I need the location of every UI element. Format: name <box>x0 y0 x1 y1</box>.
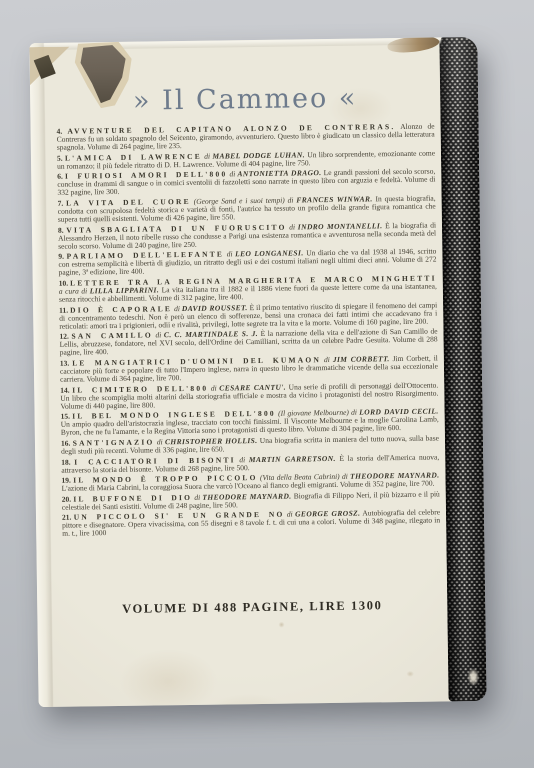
book: » Il Cammeo « 4. AVVENTURE DEL CAPITANO … <box>29 37 486 707</box>
list-item: 7. LA VITA DEL CUORE (George Sand e i su… <box>58 194 436 224</box>
spine-wear-damage <box>465 665 481 689</box>
list-item: 11. DIO È CAPORALE di DAVID ROUSSET. È i… <box>59 301 437 331</box>
list-item: 15. IL BEL MONDO INGLESE DELL'800 (Il gi… <box>61 408 439 438</box>
top-right-stain <box>387 37 440 54</box>
list-item: 6. I FURIOSI AMORI DELL'800 di ANTONIETT… <box>57 168 435 198</box>
list-item: 21. UN PICCOLO SI' E UN GRANDE NO di GEO… <box>62 509 440 539</box>
photo-backdrop: » Il Cammeo « 4. AVVENTURE DEL CAPITANO … <box>0 0 534 768</box>
list-item: 13. LE MANGIATRICI D'UOMINI DEL KUMAON d… <box>60 354 438 384</box>
list-item: 8. VITA SBAGLIATA DI UN FUORUSCITO di IN… <box>58 221 436 251</box>
book-list: 4. AVVENTURE DEL CAPITANO ALONZO DE CONT… <box>31 122 449 538</box>
list-item: 14. IL CIMITERO DELL'800 di CESARE CANTU… <box>60 381 438 411</box>
list-item: 9. PARLIAMO DELL'ELEFANTE di LEO LONGANE… <box>58 248 436 278</box>
list-item: 10. LETTERE TRA LA REGINA MARGHERITA E M… <box>59 274 437 304</box>
list-item: 4. AVVENTURE DEL CAPITANO ALONZO DE CONT… <box>57 123 435 153</box>
item-author: MARTIN GARRETSON. <box>249 453 336 463</box>
back-cover: » Il Cammeo « 4. AVVENTURE DEL CAPITANO … <box>29 37 450 707</box>
volume-price-line: VOLUME DI 488 PAGINE, LIRE 1300 <box>37 597 449 618</box>
list-item: 12. SAN CAMILLO di C. C. MARTINDALE S. J… <box>59 328 437 358</box>
series-title: » Il Cammeo « <box>56 82 434 118</box>
